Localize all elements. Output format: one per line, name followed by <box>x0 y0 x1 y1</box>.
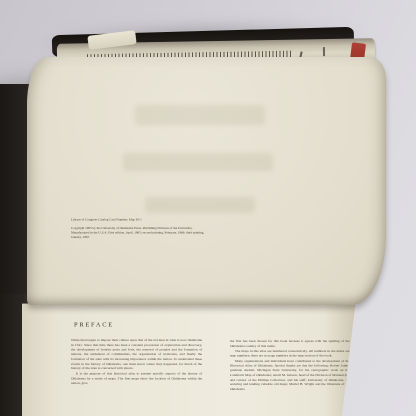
preface-right-paragraph-3: Many organizations and individuals have … <box>230 359 350 392</box>
preface-left-paragraph-1: White men began to impose their culture … <box>71 338 202 371</box>
preface-left-paragraph-2: It is the purpose of this historical atl… <box>71 371 202 385</box>
copyright-page: Library of Congress Catalog Card Number:… <box>27 57 386 305</box>
preface-right-column: the first has been chosen for this book … <box>230 339 352 416</box>
page-edge-mark <box>323 47 325 56</box>
catalog-card-line: Library of Congress Catalog Card Number:… <box>71 217 210 222</box>
copyright-paragraph: Copyright 1965 by the University of Okla… <box>71 226 210 240</box>
show-through-text <box>145 197 255 213</box>
preface-page: PREFACE White men began to impose their … <box>22 299 358 416</box>
preface-right-paragraph-2: The maps in this atlas are numbered cons… <box>230 349 350 358</box>
preface-right-paragraph-1: the first has been chosen for this book … <box>230 339 350 348</box>
show-through-text <box>123 153 273 171</box>
book-photo: PREFACE White men began to impose their … <box>0 0 416 416</box>
preface-heading: PREFACE <box>74 321 170 328</box>
show-through-text <box>135 105 265 125</box>
preface-left-column: White men began to impose their culture … <box>71 338 203 416</box>
copyright-block: Library of Congress Catalog Card Number:… <box>71 217 211 257</box>
